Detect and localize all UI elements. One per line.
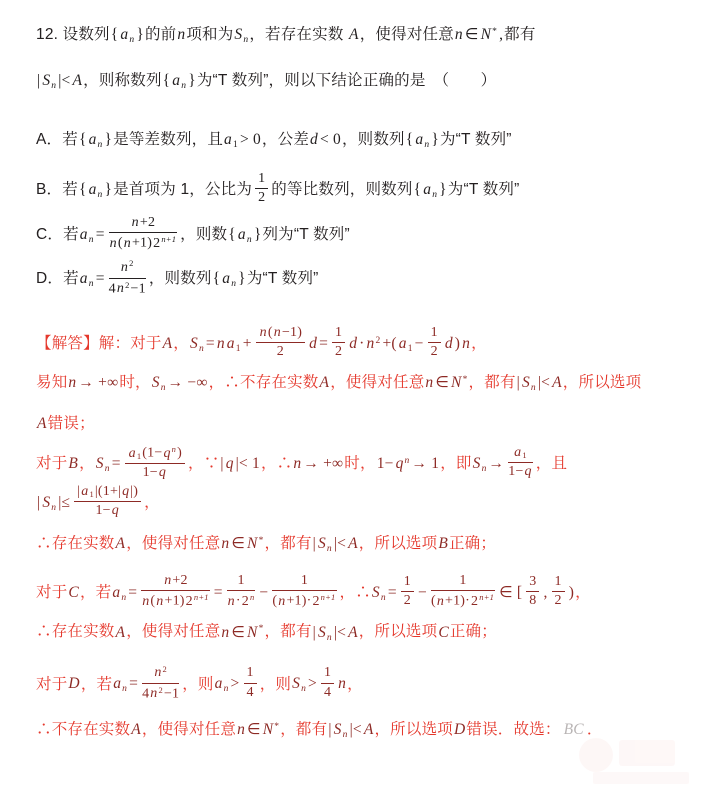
math-subscripted: a1 (399, 335, 413, 352)
math-superscripted: n2 (121, 260, 134, 275)
math-operator: = (96, 270, 105, 287)
math-base: S (292, 675, 300, 692)
math-subscripted: Sn (42, 72, 56, 89)
math-operator: ∈ (435, 374, 449, 391)
text-run: 正确； (450, 624, 497, 641)
math-operator: { (79, 181, 87, 198)
text-run: ． (587, 721, 603, 738)
text-run: 1 (247, 665, 254, 680)
subscript: 1 (137, 451, 141, 461)
fraction-numerator: 1 (244, 665, 257, 684)
subscript: n (424, 140, 429, 150)
text-run: ，都有 (265, 624, 312, 641)
math-operator: +( (382, 335, 396, 352)
text-run: ，则 (260, 675, 291, 692)
math-subscripted: an (222, 270, 236, 287)
solution-line-3: A错误； (36, 412, 689, 436)
math-variable: q (159, 465, 166, 480)
fraction-numerator: 1 (227, 573, 256, 592)
math-subscripted: Sn (292, 675, 306, 692)
watermark-bar-shape (593, 772, 689, 784)
text-run: ，都有 (265, 535, 312, 552)
text-run: ，所以选项 (359, 624, 438, 641)
math-subscripted: Sn (234, 26, 248, 43)
text-run: 1 (301, 573, 308, 588)
fraction-denominator: 2 (332, 343, 345, 361)
text-run: 1 (324, 665, 331, 680)
math-operator: } (238, 270, 246, 287)
question-line-2: |Sn|<A，则称数列{an}为“T 数列”，则以下结论正确的是 （ ） (36, 69, 689, 98)
math-operator: = (388, 584, 397, 601)
math-variable: n (110, 236, 117, 251)
math-operator: > (231, 675, 240, 692)
text-run: 8 (529, 593, 536, 608)
text-run: ， (173, 335, 189, 352)
math-subscripted: a1 (227, 335, 241, 352)
fraction-numerator: n2 (109, 258, 146, 278)
subscript: n (432, 190, 437, 200)
math-operator: |< (334, 624, 346, 641)
text-run: ( (118, 236, 123, 251)
text-run: +1) (132, 236, 152, 251)
fraction: 1(n+1)·2n+1 (272, 573, 336, 611)
superscript: 2 (129, 258, 133, 268)
math-base: 2 (186, 594, 193, 609)
math-variable: A (364, 721, 374, 738)
math-base: n (367, 335, 375, 352)
math-base: a (238, 226, 246, 243)
superscript: * (259, 536, 264, 546)
text-run: ， (471, 335, 487, 352)
math-operator: |< (538, 374, 550, 391)
text-run: ，若存在实数 (249, 26, 348, 43)
math-operator: | (37, 72, 40, 89)
text-run: 是等差数列，且 (113, 131, 223, 148)
math-variable: n (164, 573, 171, 588)
fraction-numerator: n+2 (109, 215, 178, 234)
math-operator: ∈ (231, 535, 245, 552)
text-run: 时， (344, 455, 375, 472)
math-base: a (215, 675, 223, 692)
math-base: a (80, 270, 88, 287)
math-variable: n (221, 535, 229, 552)
text-run: B．若 (36, 181, 78, 198)
superscript: n (250, 592, 254, 602)
text-run: ，若 (80, 584, 111, 601)
fraction: n24n2−1 (109, 258, 146, 297)
math-base: 2 (242, 594, 249, 609)
math-variable: n (278, 594, 285, 609)
math-subscripted: Sn (96, 455, 110, 472)
fraction-denominator: 2 (401, 592, 414, 610)
subscript: n (98, 140, 103, 150)
math-variable: n (293, 455, 301, 472)
subscript: n (482, 464, 487, 474)
subscript: n (343, 730, 348, 740)
text-run: ∴存在实数 (36, 535, 115, 552)
math-base: 2 (153, 236, 160, 251)
math-superscripted: n2 (117, 281, 130, 296)
math-base: S (522, 374, 530, 391)
math-base: n (121, 260, 128, 275)
text-run: ，使得对任意 (126, 624, 220, 641)
fraction-numerator: 1 (332, 325, 345, 344)
math-operator: } (188, 72, 196, 89)
math-base: S (42, 494, 50, 511)
solution-line-1: 【解答】解：对于A，Sn=na1+n(n−1)2d=12d·n2+(a1−12d… (36, 326, 689, 362)
text-run: A．若 (36, 131, 78, 148)
superscript: * (274, 722, 279, 732)
text-run: 对于 (36, 455, 67, 472)
math-subscripted: Sn (152, 374, 166, 391)
math-superscripted: N* (481, 26, 498, 43)
fraction-denominator: 1−q (125, 464, 185, 482)
math-variable: n (260, 325, 267, 340)
subscript: n (51, 503, 56, 513)
math-subscripted: an (89, 181, 103, 198)
fraction-denominator: 4n2−1 (109, 279, 146, 298)
math-base: S (473, 455, 481, 472)
option-a: A．若{an}是等差数列，且a1> 0，公差d< 0，则数列{an}为“T 数列… (36, 128, 689, 157)
math-superscripted: 2n+1 (186, 594, 209, 609)
subscript: 1 (89, 489, 93, 499)
math-operator: → (489, 455, 505, 472)
fraction: n(n−1)2 (256, 325, 305, 361)
fraction-denominator: (n+1)·2n+1 (272, 591, 336, 610)
fraction: |a1|(1+|q|)1−q (74, 484, 141, 520)
subscript: n (199, 344, 204, 354)
math-operator: , (499, 26, 503, 43)
fraction: 1(n+1)·2n+1 (431, 573, 495, 611)
math-base: a (129, 446, 136, 461)
math-base: 2 (312, 594, 319, 609)
math-variable: A (348, 624, 358, 641)
math-variable: A (163, 335, 173, 352)
math-operator: → +∞ (78, 374, 118, 391)
solution-line-10: ∴不存在实数A，使得对任意n∈N*，都有|Sn|<A，所以选项D错误．故选：BC… (36, 715, 689, 747)
math-operator: > (308, 675, 317, 692)
math-base: a (423, 181, 431, 198)
subscript: n (381, 593, 386, 603)
text-run: ( (150, 594, 155, 609)
subscript: n (327, 544, 332, 554)
text-run: −1 (164, 686, 179, 701)
math-operator: → −∞ (168, 374, 208, 391)
text-run: 易知 (36, 374, 67, 391)
math-variable: A (116, 535, 126, 552)
math-operator: = (206, 335, 215, 352)
math-operator: · (359, 335, 364, 352)
question-line-1: 12. 设数列{an}的前n项和为Sn，若存在实数 A，使得对任意n∈N*,都有 (36, 20, 689, 52)
math-operator: | (313, 535, 316, 552)
math-base: N (247, 624, 258, 641)
fraction: 14 (321, 665, 334, 701)
math-variable: n (217, 335, 225, 352)
fraction: 38 (526, 574, 539, 610)
math-operator: } (254, 226, 262, 243)
math-variable: B (438, 535, 448, 552)
fraction-numerator: 1 (428, 325, 441, 344)
text-run: ，都有 (469, 374, 516, 391)
math-variable: n (132, 215, 139, 230)
text-run: 为“T 数列” (247, 270, 319, 287)
math-variable: A (37, 415, 47, 432)
math-operator: = (128, 584, 137, 601)
math-operator: | (220, 455, 223, 472)
fraction-denominator: 2 (256, 343, 305, 361)
math-operator: | (37, 494, 40, 511)
text-run: ∴不存在实数 (36, 721, 130, 738)
text-run: |) (130, 484, 138, 499)
text-run: 为“T 数列”，则以下结论正确的是 （ ） (197, 72, 496, 89)
math-base: S (372, 584, 380, 601)
text-run: | (77, 484, 80, 499)
superscript: n+1 (479, 592, 494, 602)
fraction-denominator: 2 (428, 343, 441, 361)
subscript: n (243, 35, 248, 45)
math-variable: A (552, 374, 562, 391)
fraction-numerator: n+2 (141, 573, 210, 592)
text-run: 1− (508, 464, 523, 479)
math-subscripted: an (80, 226, 94, 243)
subscript: n (105, 464, 110, 474)
text-run: ，若 (81, 675, 112, 692)
text-run: ，∴ (340, 584, 371, 601)
math-operator: ∈ (465, 26, 479, 43)
math-base: S (190, 335, 198, 352)
math-operator: { (163, 72, 171, 89)
math-variable: n (177, 26, 185, 43)
math-superscripted: n2 (150, 686, 163, 701)
text-run: 正确； (449, 535, 496, 552)
math-subscripted: an (80, 270, 94, 287)
text-run: 是首项为 1，公比为 (113, 181, 252, 198)
math-variable: q (112, 503, 119, 518)
math-subscripted: a1 (81, 484, 94, 499)
text-run: 12. 设数列 (36, 26, 110, 43)
math-superscripted: 2n+1 (312, 594, 335, 609)
fraction-denominator: 2 (255, 189, 268, 207)
math-operator: ) (569, 584, 574, 601)
text-run: 1 (555, 574, 562, 589)
text-run: ，则数 (180, 226, 227, 243)
fraction-numerator: 1 (321, 665, 334, 684)
math-operator: ) (455, 335, 460, 352)
text-run: +1)· (286, 594, 311, 609)
text-run: ，则数列 (342, 131, 405, 148)
text-run: 1 (258, 171, 265, 186)
math-subscripted: Sn (318, 624, 332, 641)
math-variable: n (455, 26, 463, 43)
math-subscripted: Sn (190, 335, 204, 352)
document-page: 12. 设数列{an}的前n项和为Sn，若存在实数 A，使得对任意n∈N*,都有… (0, 0, 713, 794)
math-variable: d (309, 335, 317, 352)
text-run: 的等比数列，则数列 (271, 181, 412, 198)
solution-line-5: |Sn|≤|a1|(1+|q|)1−q， (36, 485, 689, 521)
text-run: ，则 (182, 675, 213, 692)
math-operator: ∈ (231, 624, 245, 641)
math-subscripted: an (89, 131, 103, 148)
text-run: C．若 (36, 226, 79, 243)
math-variable: n (68, 374, 76, 391)
math-operator: → 1 (412, 455, 440, 472)
text-run: ，所以选项 (563, 374, 642, 391)
math-superscripted: qn (396, 455, 410, 472)
fraction: 14 (244, 665, 257, 701)
superscript: n (172, 444, 176, 454)
math-operator: − (415, 335, 424, 352)
superscript: * (492, 27, 497, 37)
subscript: n (51, 81, 56, 91)
text-run: −1) (282, 325, 302, 340)
math-variable: d (310, 131, 318, 148)
text-run: ，公差 (262, 131, 309, 148)
text-run: ， (575, 584, 591, 601)
subscript: n (224, 684, 229, 694)
superscript: * (463, 375, 468, 385)
text-run: 1 (404, 574, 411, 589)
math-operator: + (243, 335, 252, 352)
text-run: +1) (165, 594, 185, 609)
fraction: 12 (428, 325, 441, 361)
text-run: 1− (143, 465, 158, 480)
fraction-denominator: 4 (321, 684, 334, 702)
math-operator: ∈ [ (499, 584, 522, 601)
text-run: ，∵ (188, 455, 219, 472)
text-run: 【解答】解：对于 (36, 335, 162, 352)
fraction-denominator: 4n2−1 (142, 684, 179, 703)
superscript: 2 (158, 685, 162, 695)
math-operator: |< (350, 721, 362, 738)
fraction-numerator: n2 (142, 664, 179, 684)
text-run: ，所以选项 (359, 535, 438, 552)
options-block: A．若{an}是等差数列，且a1> 0，公差d< 0，则数列{an}为“T 数列… (36, 128, 689, 299)
text-run: D．若 (36, 270, 79, 287)
math-variable: n (425, 374, 433, 391)
text-run: ， (347, 675, 363, 692)
subscript: n (89, 235, 94, 245)
math-operator: = (112, 455, 121, 472)
math-base: a (113, 675, 121, 692)
solution-line-8: ∴存在实数A，使得对任意n∈N*，都有|Sn|<A，所以选项C正确； (36, 617, 689, 649)
math-superscripted: N* (247, 624, 264, 641)
text-run: 2 (431, 344, 438, 359)
math-base: a (227, 335, 235, 352)
text-run: ，∴不存在实数 (209, 374, 319, 391)
text-run: ， (144, 494, 160, 511)
math-base: a (120, 26, 128, 43)
superscript: n (405, 456, 410, 466)
math-variable: q (122, 484, 129, 499)
math-subscripted: a1 (514, 445, 527, 460)
math-superscripted: N* (263, 721, 280, 738)
math-variable: D (68, 675, 79, 692)
math-variable: n (274, 325, 281, 340)
text-run: 1− (95, 503, 110, 518)
text-run: 为“T 数列” (440, 131, 512, 148)
math-operator: 1− (377, 455, 394, 472)
math-variable: n (237, 721, 245, 738)
fraction-numerator: |a1|(1+|q|) (74, 484, 141, 503)
fraction: a11−q (508, 445, 533, 481)
math-variable: C (68, 584, 79, 601)
fraction-numerator: 1 (255, 171, 268, 190)
math-operator: |< (58, 72, 70, 89)
math-operator: } (439, 181, 447, 198)
text-run: 对于 (36, 584, 67, 601)
subscript: n (301, 684, 306, 694)
text-run: ，所以选项 (374, 721, 453, 738)
math-operator: { (228, 226, 236, 243)
math-variable: n (221, 624, 229, 641)
math-subscripted: a1 (129, 446, 142, 461)
text-run: +1)· (445, 594, 470, 609)
math-subscripted: a1 (224, 131, 238, 148)
fraction-denominator: (n+1)·2n+1 (431, 591, 495, 610)
text-run: 2 (277, 344, 284, 359)
math-variable: n (124, 236, 131, 251)
text-run: ， (79, 455, 95, 472)
math-base: a (399, 335, 407, 352)
math-operator: |≤ (58, 494, 70, 511)
math-variable: A (72, 72, 82, 89)
math-subscripted: an (215, 675, 229, 692)
math-variable: n (338, 675, 346, 692)
text-run: 2 (555, 593, 562, 608)
math-operator: < 0 (320, 131, 341, 148)
math-variable: C (438, 624, 449, 641)
text-run: 都有 (504, 26, 535, 43)
math-variable: n (156, 594, 163, 609)
text-run: ( (431, 594, 436, 609)
math-subscripted: Sn (522, 374, 536, 391)
math-variable: n (142, 594, 149, 609)
option-b: B．若{an}是首项为 1，公比为12的等比数列，则数列{an}为“T 数列” (36, 172, 689, 208)
superscript: * (259, 624, 264, 634)
solution-line-6: ∴存在实数A，使得对任意n∈N*，都有|Sn|<A，所以选项B正确； (36, 529, 689, 561)
math-variable: A (116, 624, 126, 641)
math-base: 2 (471, 594, 478, 609)
math-base: N (451, 374, 462, 391)
solution-line-7: 对于C，若an=n+2n(n+1)2n+1=1n·2n−1(n+1)·2n+1，… (36, 574, 689, 612)
fraction-numerator: 1 (431, 573, 495, 592)
math-base: S (334, 721, 342, 738)
text-run: +2 (172, 573, 187, 588)
math-variable: q (226, 455, 234, 472)
fraction-numerator: a1(1−qn) (125, 444, 185, 464)
text-run: 列为“T 数列” (262, 226, 349, 243)
math-variable: d (445, 335, 453, 352)
math-base: S (42, 72, 50, 89)
fraction-denominator: 1−q (74, 502, 141, 520)
math-base: n (117, 281, 124, 296)
math-operator: { (111, 26, 119, 43)
fraction-denominator: 4 (244, 684, 257, 702)
math-base: n (154, 665, 161, 680)
math-subscripted: Sn (334, 721, 348, 738)
text-run: ，使得对任意 (142, 721, 236, 738)
text-run: · (236, 594, 241, 609)
text-run: |(1+| (95, 484, 121, 499)
text-run: 3 (529, 574, 536, 589)
math-operator: } (105, 131, 113, 148)
math-subscripted: Sn (42, 494, 56, 511)
math-base: a (89, 181, 97, 198)
subscript: n (122, 684, 127, 694)
superscript: n+1 (194, 592, 209, 602)
math-base: a (112, 584, 120, 601)
fraction-denominator: 1−q (508, 463, 533, 481)
